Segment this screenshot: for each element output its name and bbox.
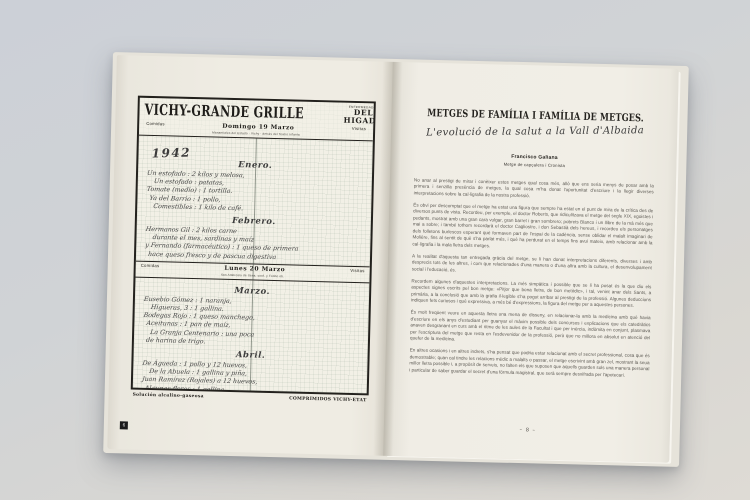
open-book: VICHY-GRANDE GRILLE ENFERMEDADES DEL HIG…	[107, 55, 684, 463]
photo-background: VICHY-GRANDE GRILLE ENFERMEDADES DEL HIG…	[0, 0, 750, 500]
sections-top: Enero.Un estofado : 2 kilos y melosa,Un …	[145, 158, 363, 264]
handwritten-area-top: 1942 Enero.Un estofado : 2 kilos y melos…	[136, 136, 373, 265]
left-page: VICHY-GRANDE GRILLE ENFERMEDADES DEL HIG…	[107, 55, 393, 456]
handwritten-section: Abril.De Águeda : 1 pollo y 12 huevos,De…	[142, 348, 359, 395]
date-header-monday: Lunes 20 Marzo	[224, 265, 285, 273]
body-paragraph: A la realitat d'aquesta tan entregada gr…	[412, 253, 652, 278]
body-paragraph: És molt freqüent veure en aquesta lletra…	[410, 310, 651, 348]
body-paragraph: En altres ocasions i en altres indrets, …	[409, 348, 650, 380]
right-page-number: – 8 –	[408, 424, 648, 436]
handwritten-section: Febrero.Hermanos Gil : 2 kilos carnedura…	[145, 214, 362, 264]
card-frame: VICHY-GRANDE GRILLE ENFERMEDADES DEL HIG…	[131, 96, 376, 396]
handwritten-section: Enero.Un estofado : 2 kilos y melosa,Un …	[146, 158, 363, 216]
handwritten-area-bottom: Marzo.Eusebio Gómez : 1 naranja,Higueras…	[133, 277, 370, 395]
body-paragraph: No anar al prestigi de mirar i conèixer …	[414, 177, 654, 202]
body-paragraph: Recordem algunes d'aquestes interpretaci…	[411, 278, 652, 310]
right-page: METGES DE FAMÍLIA I FAMÍLIA DE METGES. L…	[383, 62, 679, 463]
visits-label-2: Visitas	[350, 268, 364, 273]
meals-label: Comidas	[146, 121, 165, 126]
footer-right-text: COMPRIMIDOS VICHY-ETAT	[289, 396, 367, 403]
body-paragraph: És obvi per descomptat que el metge ha e…	[412, 202, 653, 253]
footer-left-text: Solución alcalino-gaseosa	[133, 393, 204, 400]
sections-bottom: Marzo.Eusebio Gómez : 1 naranja,Higueras…	[142, 284, 361, 396]
handwritten-subtitle: L'evolució de la salut a la Vall d'Albai…	[415, 125, 655, 139]
handwritten-year: 1942	[151, 141, 363, 161]
vintage-card: VICHY-GRANDE GRILLE ENFERMEDADES DEL HIG…	[131, 96, 376, 404]
visits-label: Visitas	[352, 126, 366, 131]
left-page-number-badge: 6	[120, 421, 128, 429]
card-header: VICHY-GRANDE GRILLE ENFERMEDADES DEL HIG…	[139, 98, 374, 142]
handwritten-section: Marzo.Eusebio Gómez : 1 naranja,Higueras…	[143, 284, 360, 350]
article-body: No anar al prestigi de mirar i conèixer …	[409, 177, 654, 380]
meals-label-2: Comidas	[141, 263, 160, 268]
article-title: METGES DE FAMÍLIA I FAMÍLIA DE METGES.	[423, 108, 649, 126]
brand-subtitle: DEL HIGADO	[344, 109, 376, 125]
